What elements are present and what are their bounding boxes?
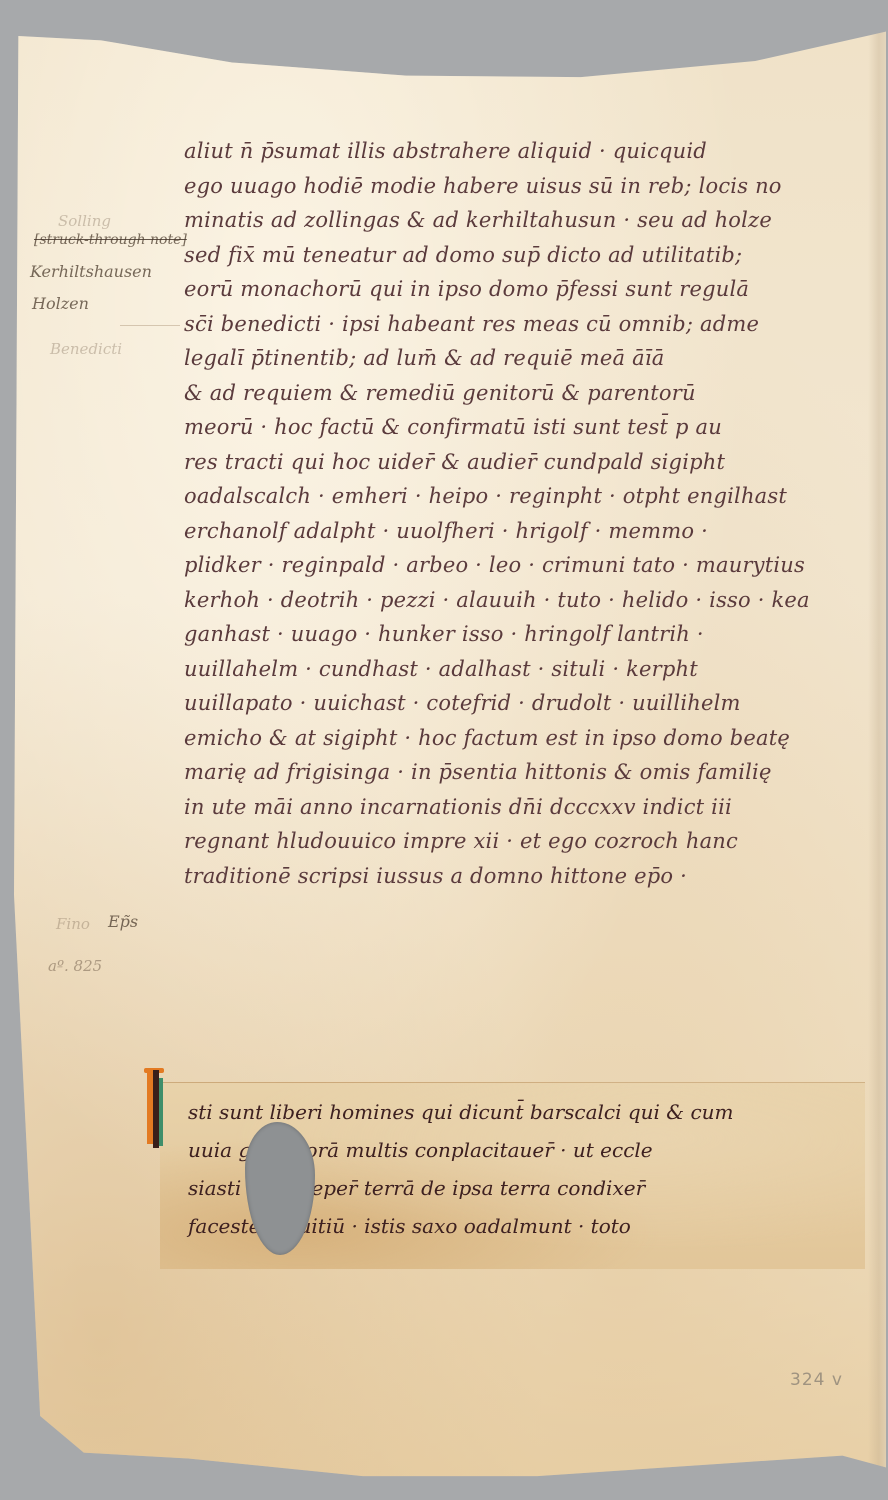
margin-note-holzen: Holzen — [32, 294, 89, 313]
margin-note-top-faint: Solling — [58, 212, 111, 230]
margin-rule — [120, 325, 180, 326]
text-line: res tracti qui hoc uider̄ & audier̄ cund… — [184, 445, 864, 480]
text-line: & ad requiem & remediū genitorū & pare… — [184, 376, 864, 411]
text-line: aliut n̄ p̄sumat illis abstrahere aliqui… — [184, 134, 864, 169]
text-line: kerhoh · deotrih · pezzi · alauuih · tut… — [184, 583, 864, 618]
manuscript-main-text: aliut n̄ p̄sumat illis abstrahere aliqui… — [184, 134, 864, 893]
text-line: ego uuago hodiē modie habere uisus sū … — [184, 169, 864, 204]
margin-note-struck: [struck-through note] — [34, 232, 187, 248]
text-line: meorū · hoc factū & confirmatū isti s… — [184, 410, 864, 445]
text-line: in ute māi anno incarnationis dn̄i dccc… — [184, 790, 864, 825]
margin-note-kerhiltshausen: Kerhiltshausen — [30, 262, 152, 281]
text-line: erchanolf adalpht · uuolfheri · hrigolf … — [184, 514, 864, 549]
text-line: marię ad frigisinga · in p̄sentia hitton… — [184, 755, 864, 790]
margin-note-benedicti: Benedicti — [50, 340, 122, 358]
margin-note-fino: Fino — [56, 915, 90, 933]
initial-green-stroke — [159, 1078, 163, 1146]
text-line: regnant hludouuico impre xii · et ego co… — [184, 824, 864, 859]
text-line: eorū monachorū qui in ipso domo p̄fess… — [184, 272, 864, 307]
text-line: sc̄i benedicti · ipsi habeant res meas c… — [184, 307, 864, 342]
margin-note-date-825: aº. 825 — [48, 957, 102, 975]
text-line: traditionē scripsi iussus a domno hitto… — [184, 859, 864, 894]
text-line: uuillapato · uuichast · cotefrid · drudo… — [184, 686, 864, 721]
page-fold-shadow — [868, 14, 886, 1482]
text-line: emicho & at sigipht · hoc factum est in … — [184, 721, 864, 756]
text-line: sed fix̄ mū teneatur ad domo sup̄ dicto… — [184, 238, 864, 273]
text-line: uuillahelm · cundhast · adalhast · situl… — [184, 652, 864, 687]
margin-note-eps: Ep̃s — [108, 912, 138, 931]
text-line: legalī p̄tinentib; ad lum̄ & ad requiē… — [184, 341, 864, 376]
text-line: oadalscalch · emheri · heipo · reginpht … — [184, 479, 864, 514]
folio-number: 324 v — [790, 1370, 843, 1390]
decorated-initial-i — [144, 1068, 166, 1148]
text-line: minatis ad zollingas & ad kerhiltahusun … — [184, 203, 864, 238]
text-line: plidker · reginpald · arbeo · leo · crim… — [184, 548, 864, 583]
text-line: ganhast · uuago · hunker isso · hringolf… — [184, 617, 864, 652]
